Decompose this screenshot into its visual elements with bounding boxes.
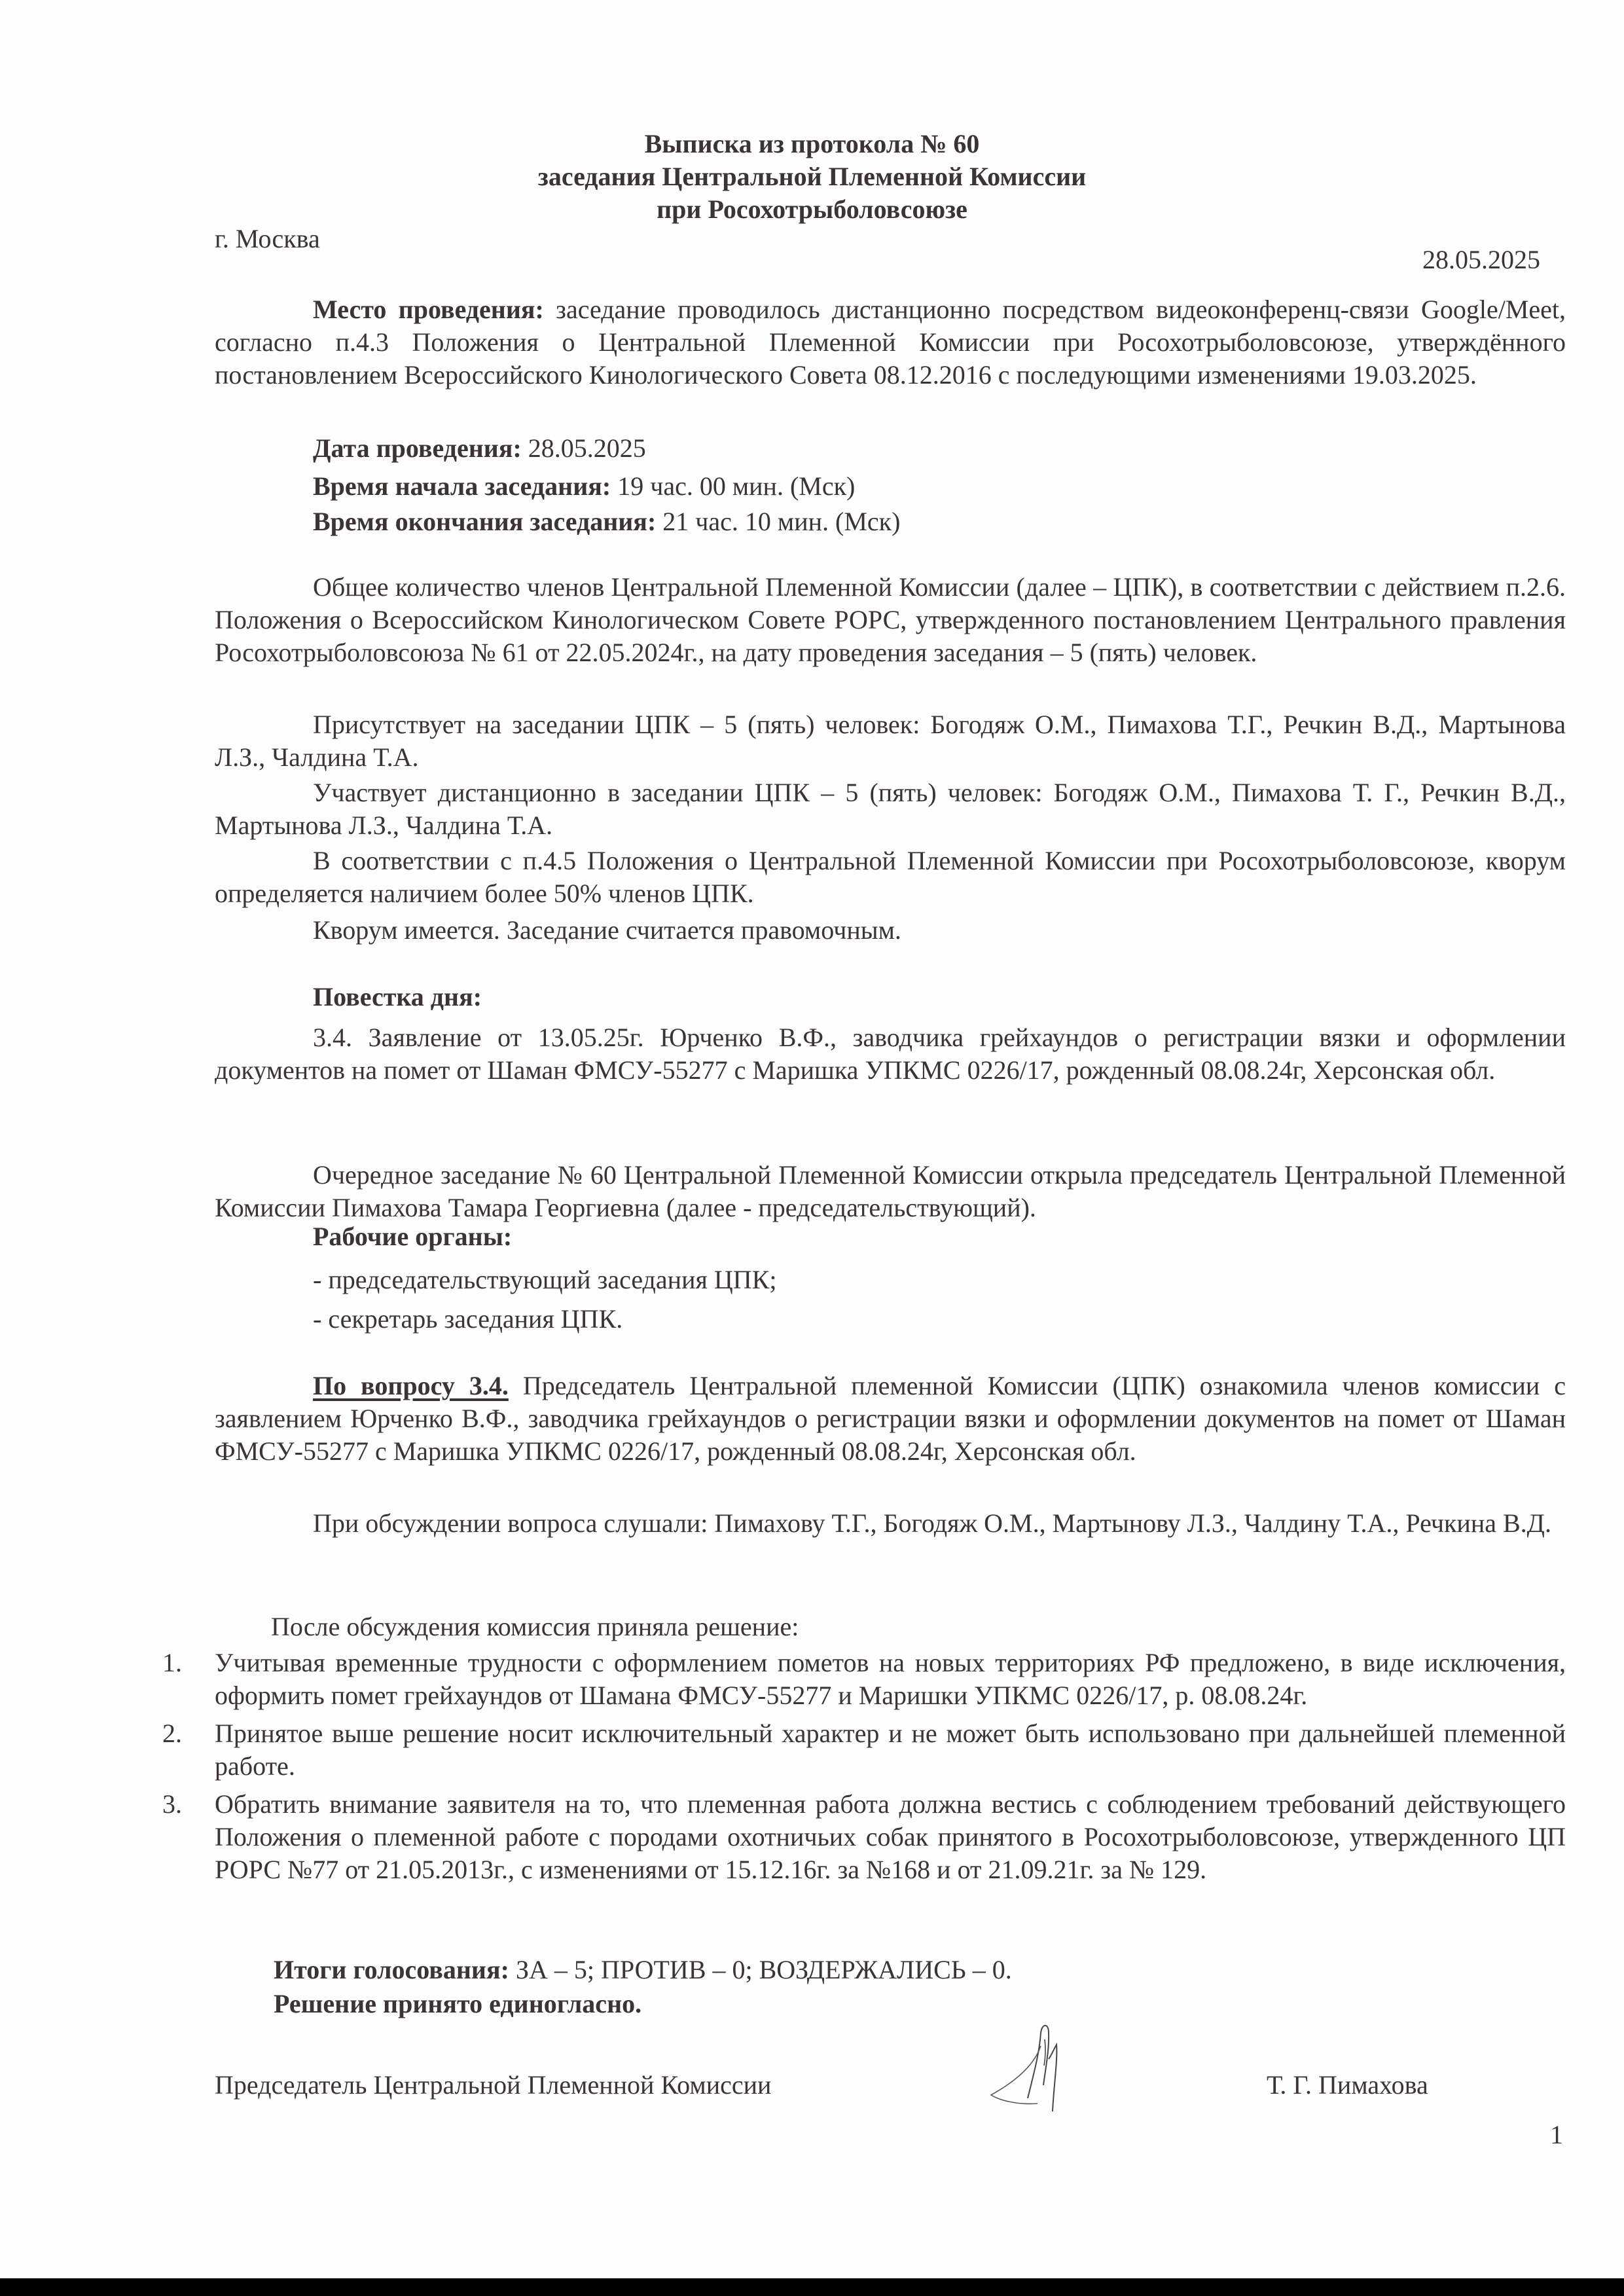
agenda-item-paragraph: 3.4. Заявление от 13.05.25г. Юрченко В.Ф… [215, 1021, 1566, 1087]
vote-results-label: Итоги голосования: [274, 1955, 509, 1984]
vote-results-line: Итоги голосования: ЗА – 5; ПРОТИВ – 0; В… [274, 1954, 1012, 1986]
present-members-paragraph: Присутствует на заседании ЦПК – 5 (пять)… [215, 708, 1566, 774]
quorum-status: Кворум имеется. Заседание считается прав… [313, 914, 901, 947]
meeting-start-label: Время начала заседания: [313, 471, 611, 501]
question-paragraph: По вопросу 3.4. Председатель Центральной… [215, 1370, 1566, 1468]
heard-paragraph: При обсуждении вопроса слушали: Пимахову… [215, 1507, 1566, 1540]
document-title-line-1: Выписка из протокола № 60 [0, 128, 1624, 160]
decision-item-text: Обратить внимание заявителя на то, что п… [215, 1789, 1566, 1884]
present-members-text: Присутствует на заседании ЦПК – 5 (пять)… [215, 710, 1566, 772]
opening-text: Очередное заседание № 60 Центральной Пле… [215, 1160, 1566, 1222]
decision-result: Решение принято единогласно. [274, 1988, 641, 2020]
decision-item-number: 1. [162, 1647, 202, 1679]
heard-text: При обсуждении вопроса слушали: Пимахову… [313, 1508, 1551, 1538]
working-body-item: - председательствующий заседания ЦПК; [313, 1264, 776, 1296]
quorum-rule-text: В соответствии с п.4.5 Положения о Центр… [215, 846, 1566, 908]
venue-label: Место проведения: [313, 295, 544, 324]
working-bodies-label: Рабочие органы: [313, 1220, 512, 1253]
agenda-item-text: 3.4. Заявление от 13.05.25г. Юрченко В.Ф… [215, 1023, 1566, 1085]
meeting-date-line: Дата проведения: 28.05.2025 [313, 432, 646, 465]
signature-icon [988, 2020, 1106, 2111]
total-members-text: Общее количество членов Центральной Плем… [215, 572, 1566, 667]
decision-item: 1. Учитывая временные трудности с оформл… [162, 1647, 1566, 1712]
decision-item-number: 3. [162, 1788, 202, 1821]
total-members-paragraph: Общее количество членов Центральной Плем… [215, 571, 1566, 669]
working-body-item: - секретарь заседания ЦПК. [313, 1303, 623, 1336]
opening-paragraph: Очередное заседание № 60 Центральной Пле… [215, 1159, 1566, 1224]
decision-list: 1. Учитывая временные трудности с оформл… [162, 1647, 1566, 1886]
meeting-start-value: 19 час. 00 мин. (Мск) [617, 471, 855, 501]
quorum-rule-paragraph: В соответствии с п.4.5 Положения о Центр… [215, 845, 1566, 910]
meeting-end-line: Время окончания заседания: 21 час. 10 ми… [313, 505, 900, 538]
meeting-end-label: Время окончания заседания: [313, 507, 656, 536]
remote-members-paragraph: Участвует дистанционно в заседании ЦПК –… [215, 776, 1566, 842]
document-title-line-3: при Росохотрыболовсоюзе [0, 193, 1624, 226]
question-label: По вопросу 3.4. [313, 1371, 509, 1400]
meeting-start-line: Время начала заседания: 19 час. 00 мин. … [313, 470, 855, 503]
agenda-label: Повестка дня: [313, 981, 482, 1013]
signatory-name: Т. Г. Пимахова [1267, 2069, 1428, 2102]
document-title-line-2: заседания Центральной Племенной Комиссии [0, 160, 1624, 193]
decision-intro: После обсуждения комиссия приняла решени… [271, 1611, 799, 1643]
signatory-title: Председатель Центральной Племенной Комис… [215, 2069, 771, 2102]
page-number: 1 [1550, 2119, 1563, 2151]
decision-item: 2. Принятое выше решение носит исключите… [162, 1717, 1566, 1783]
document-date: 28.05.2025 [1422, 244, 1540, 276]
meeting-end-value: 21 час. 10 мин. (Мск) [662, 507, 900, 536]
decision-item-number: 2. [162, 1717, 202, 1750]
venue-paragraph: Место проведения: заседание проводилось … [215, 293, 1566, 392]
vote-results-text: ЗА – 5; ПРОТИВ – 0; ВОЗДЕРЖАЛИСЬ – 0. [516, 1955, 1012, 1984]
decision-item-text: Учитывая временные трудности с оформлени… [215, 1648, 1566, 1710]
meeting-date-value: 28.05.2025 [528, 433, 646, 463]
city: г. Москва [215, 223, 320, 255]
scan-border [0, 2278, 1624, 2296]
decision-item: 3. Обратить внимание заявителя на то, чт… [162, 1788, 1566, 1886]
document-page: Выписка из протокола № 60 заседания Цент… [0, 0, 1624, 2278]
decision-item-text: Принятое выше решение носит исключительн… [215, 1719, 1566, 1781]
remote-members-text: Участвует дистанционно в заседании ЦПК –… [215, 778, 1566, 840]
meeting-date-label: Дата проведения: [313, 433, 522, 463]
